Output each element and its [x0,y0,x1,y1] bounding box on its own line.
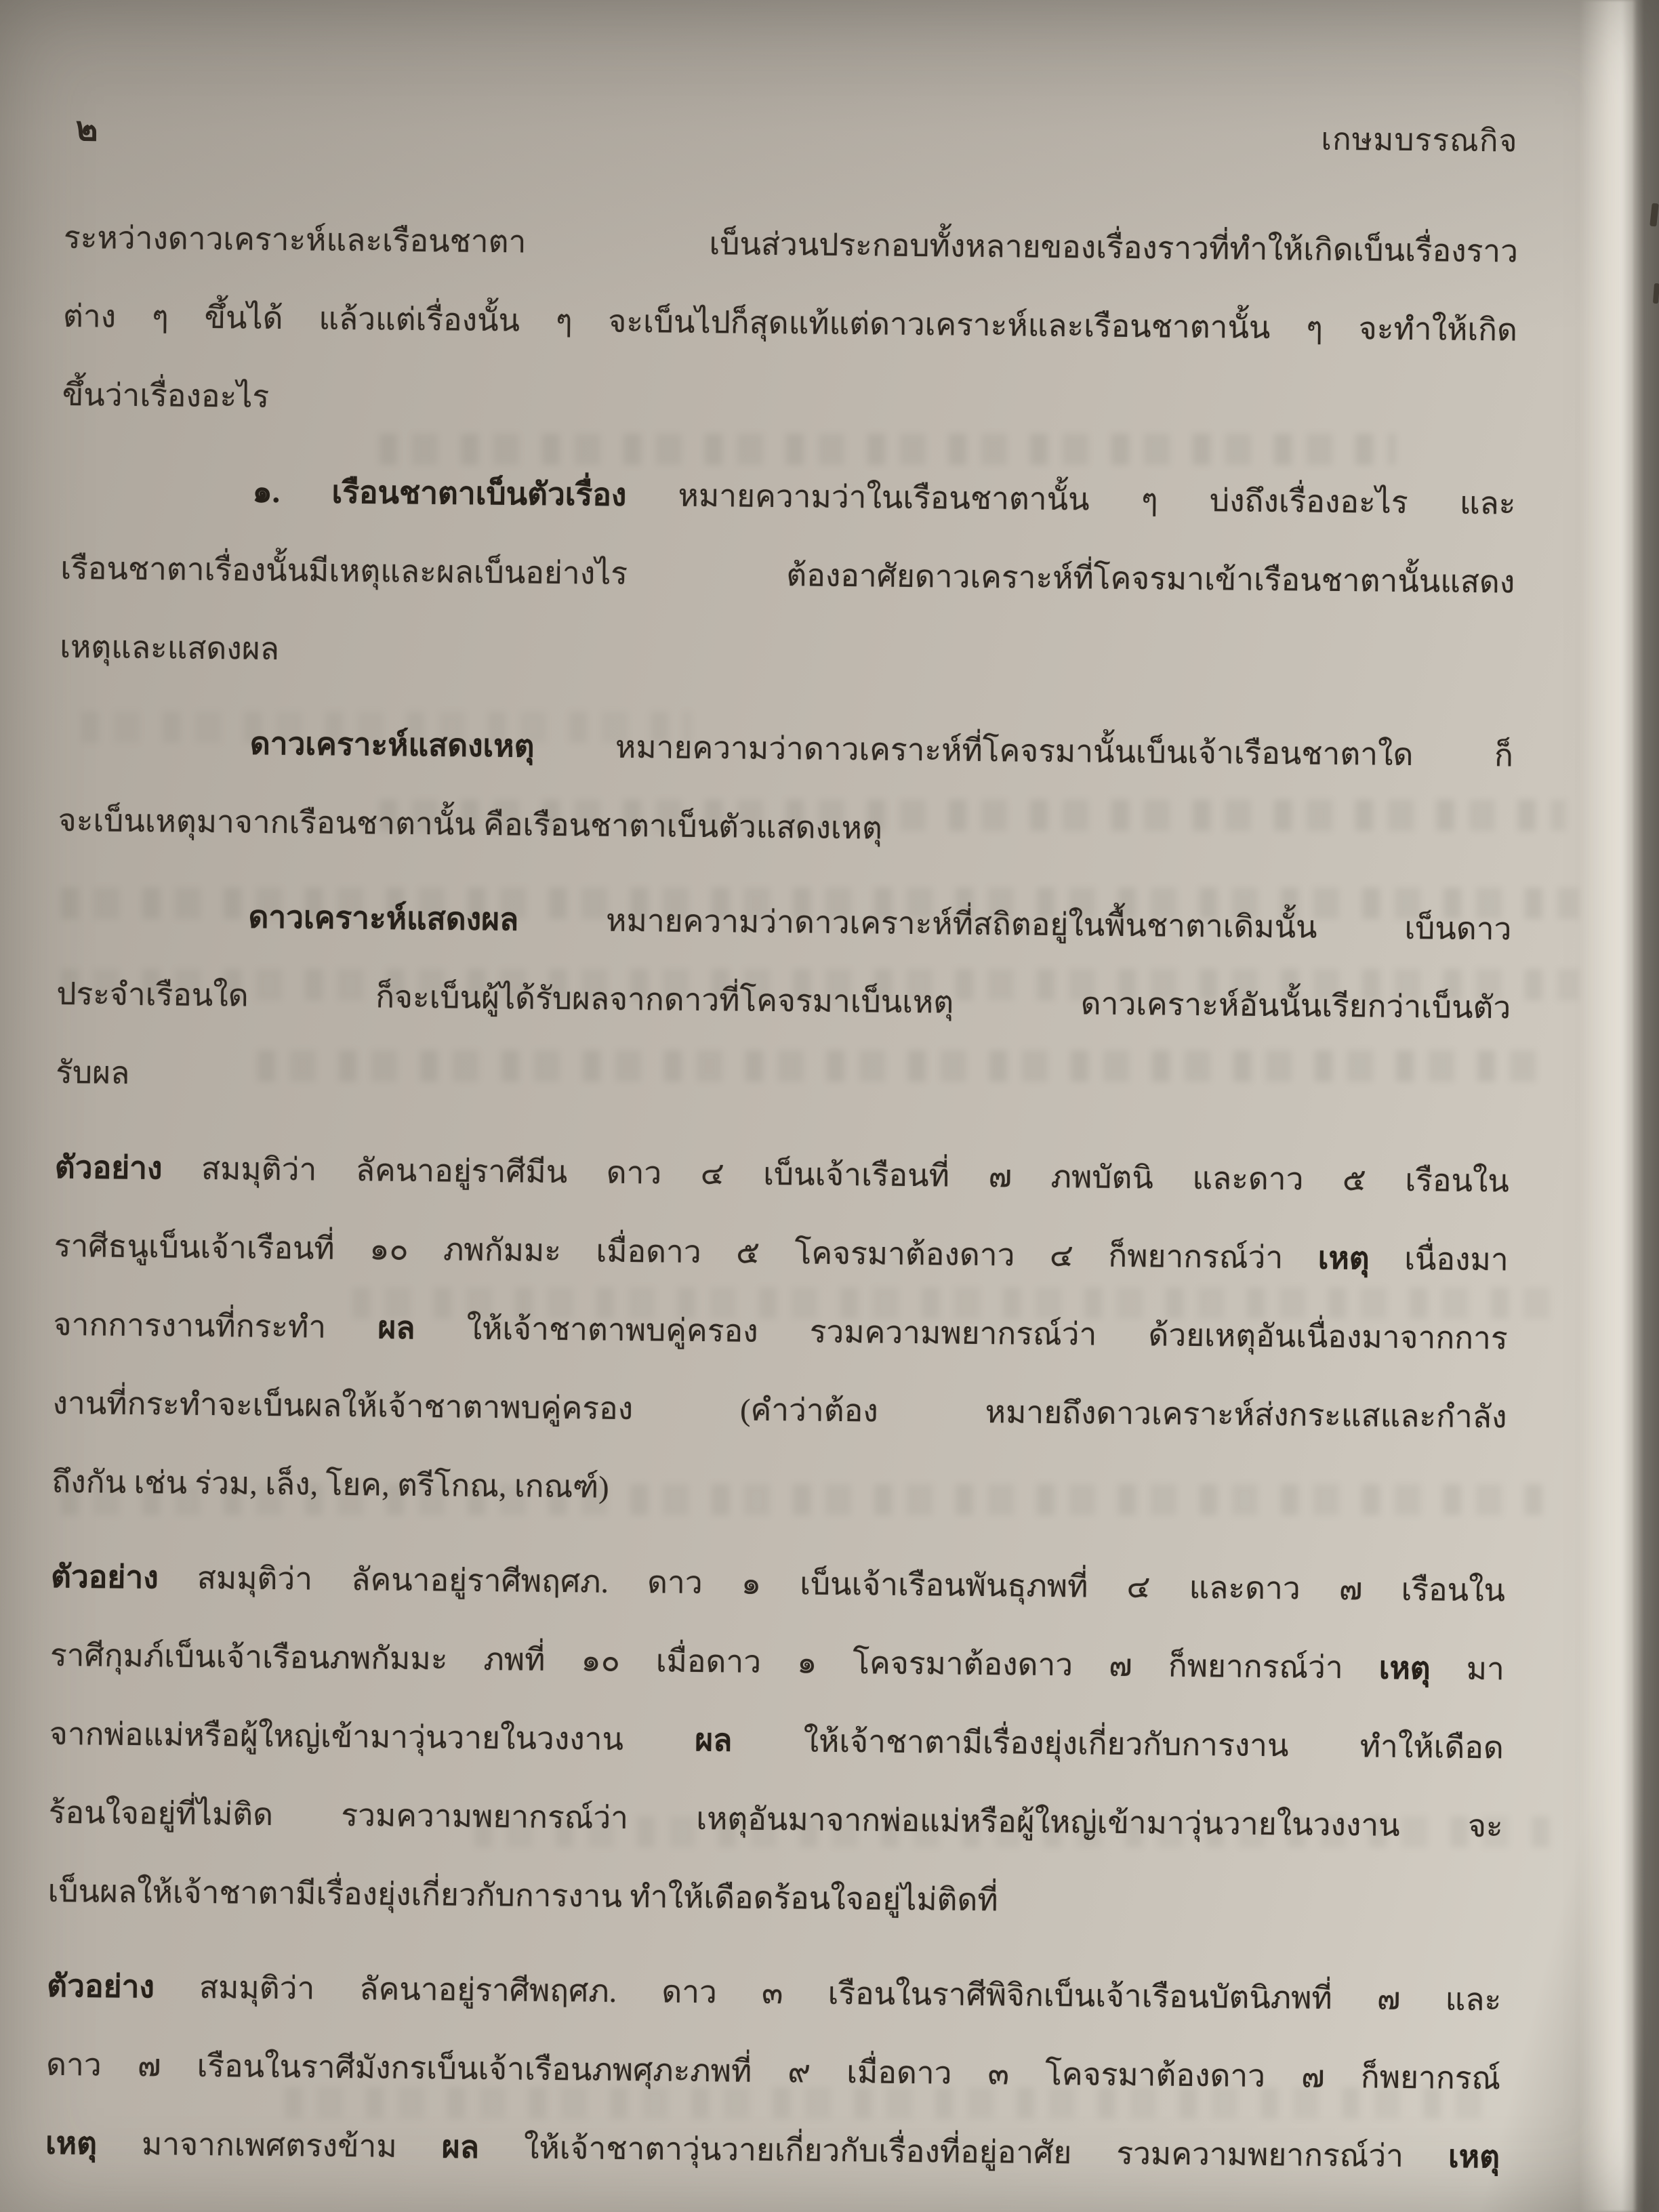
text-segment: ดาว ๗ เรือนในราศีมังกรเบ็นเจ้าเรือนภพศุภ… [46,2047,1500,2096]
text-line: จะเบ็นเหตุมาจากเรือนชาตานั้น คือเรือนชาต… [58,781,1513,874]
text-segment: งานที่กระทำจะเบ็นผลให้เจ้าชาตาพบคู่ครอง … [52,1386,1507,1435]
bold-text-segment: ดาวเคราะห์แสดงเหตุ [250,726,535,764]
text-line: ๑. เรือนชาตาเบ็นตัวเรื่อง หมายความว่าในเ… [61,451,1516,544]
text-line: รับผล [56,1033,1511,1126]
text-line: ต่าง ๆ ขึ้นได้ แล้วแต่เรื่องนั้น ๆ จะเบ็… [62,277,1517,370]
text-segment: เหตุและแสดงผล [60,630,279,666]
text-segment: สมมุติว่า ลัคนาอยู่ราศีพฤศภ. ดาว ๑ เบ็นเ… [158,1560,1505,1607]
text-segment: เรือนชาตาเรื่องนั้นมีเหตุและผลเบ็นอย่างไ… [60,551,1515,600]
bold-text-segment: ผล [377,1310,415,1345]
text-line: เบ็นผลให้เจ้าชาตามีเรื่องยุ่งเกี่ยวกับกา… [47,1852,1502,1945]
text-segment: ให้เจ้าชาตาวุ่นวายเกี่ยวกับเรื่องที่อยู่… [479,2130,1449,2174]
text-line: ตัวอย่าง สมมุติว่า ลัคนาอยู่ราศีพฤศภ. ดา… [51,1538,1506,1631]
running-header: เกษมบรรณกิจ [1321,115,1518,166]
text-segment: หมายความว่าดาวเคราะห์ที่โคจรมานั้นเบ็นเจ… [534,729,1513,773]
body-text: ระหว่างดาวเคราะห์และเรือนชาตา เบ็นส่วนปร… [0,198,1599,2198]
text-segment: รับผล [56,1055,130,1090]
text-line: ร้อนใจอยู่ที่ไม่ติด รวมความพยากรณ์ว่า เห… [48,1774,1503,1866]
text-segment: ราศีกุมภ์เบ็นเจ้าเรือนภพกัมมะ ภพที่ ๑๐ เ… [50,1638,1379,1685]
binding-shadow [1632,0,1659,2212]
text-segment: ต่าง ๆ ขึ้นได้ แล้วแต่เรื่องนั้น ๆ จะเบ็… [63,299,1517,348]
text-segment: สมมุติว่า ลัคนาอยู่ราศีมีน ดาว ๔ เบ็นเจ้… [162,1151,1509,1198]
bold-text-segment: ผล [442,2129,480,2165]
text-line: ดาวเคราะห์แสดงเหตุ หมายความว่าดาวเคราะห์… [58,703,1513,796]
bold-text-segment: เหตุ [1379,1651,1431,1686]
bold-text-segment: ตัวอย่าง [47,1969,155,2005]
text-segment: หมายความว่าดาวเคราะห์ที่สถิตอยู่ในพื้นชา… [518,902,1512,946]
facing-page-glyph-fragment [1653,283,1659,304]
text-line: ตัวอย่าง สมมุติว่า ลัคนาอยู่ราศีพฤศภ. ดา… [47,1947,1502,2040]
text-line: เหตุและแสดงผล [60,608,1515,701]
text-line: ดาว ๗ เรือนในราศีมังกรเบ็นเจ้าเรือนภพศุภ… [46,2026,1501,2118]
text-segment: ถึงกัน เช่น ร่วม, เล็ง, โยค, ตรีโกณ, เกณ… [52,1465,609,1504]
text-line: ราศีธนูเบ็นเจ้าเรือนที่ ๑๐ ภพกัมมะ เมื่อ… [54,1207,1509,1300]
bold-text-segment: ตัวอย่าง [51,1559,159,1595]
text-line: ขึ้นว่าเรื่องอะไร [62,356,1517,449]
text-segment: ระหว่างดาวเคราะห์และเรือนชาตา เบ็นส่วนปร… [64,220,1518,269]
page-header: ๒ เกษมบรรณกิจ [0,102,1599,182]
bold-text-segment: ผล [695,1723,733,1758]
text-segment: มาจากเพศตรงข้าม [97,2127,442,2165]
text-segment: ประจำเรือนใด ก็จะเบ็นผู้ได้รับผลจากดาวที… [56,977,1511,1025]
text-segment: สมมุติว่า ลัคนาอยู่ราศีพฤศภ. ดาว ๓ เรือน… [155,1969,1502,2017]
book-page-photo: ๒ เกษมบรรณกิจ ระหว่างดาวเคราะห์และเรือนช… [0,0,1659,2212]
text-segment: มา [1430,1651,1504,1686]
page-number: ๒ [75,102,98,156]
text-line: ประจำเรือนใด ก็จะเบ็นผู้ได้รับผลจากดาวที… [56,955,1511,1048]
text-line: ดาวเคราะห์แสดงผล หมายความว่าดาวเคราะห์ที… [57,876,1512,969]
text-segment: ร้อนใจอยู่ที่ไม่ติด รวมความพยากรณ์ว่า เห… [49,1795,1503,1844]
page-edge-highlight [1579,0,1636,2212]
text-line: ราศีกุมภ์เบ็นเจ้าเรือนภพกัมมะ ภพที่ ๑๐ เ… [49,1616,1504,1709]
text-segment: เนื่องมา [1369,1241,1508,1277]
bold-text-segment: เหตุ [45,2126,97,2161]
text-line: ตัวอย่าง สมมุติว่า ลัคนาอยู่ราศีมีน ดาว … [54,1128,1509,1221]
text-segment: ให้เจ้าชาตาพบคู่ครอง รวมความพยากรณ์ว่า ด… [415,1311,1508,1355]
text-line: งานที่กระทำจะเบ็นผลให้เจ้าชาตาพบคู่ครอง … [52,1364,1507,1457]
text-segment: จะเบ็นเหตุมาจากเรือนชาตานั้น คือเรือนชาต… [58,803,883,846]
bold-text-segment: เหตุ [1448,2139,1500,2175]
text-segment: หมายความว่าในเรือนชาตานั้น ๆ บ่งถึงเรื่อ… [626,478,1516,521]
text-line: จากพ่อแม่หรือผู้ใหญ่เข้ามาวุ่นวายในวงงาน… [49,1695,1504,1788]
bold-text-segment: เหตุ [1318,1241,1370,1276]
text-segment: จากพ่อแม่หรือผู้ใหญ่เข้ามาวุ่นวายในวงงาน [49,1717,695,1757]
text-segment: ราศีธนูเบ็นเจ้าเรือนที่ ๑๐ ภพกัมมะ เมื่อ… [54,1229,1318,1275]
text-line: จากการงานที่กระทำ ผล ให้เจ้าชาตาพบคู่ครอ… [53,1286,1508,1378]
text-segment: ให้เจ้าชาตามีเรื่องยุ่งเกี่ยวกับการงาน ท… [732,1723,1504,1765]
text-segment: จากการงานที่กระทำ [53,1307,377,1345]
bold-text-segment: ๑. เรือนชาตาเบ็นตัวเรื่อง [252,474,626,512]
text-line: เรือนชาตาเรื่องนั้นมีเหตุและผลเบ็นอย่างไ… [60,529,1515,622]
text-line: ถึงกัน เช่น ร่วม, เล็ง, โยค, ตรีโกณ, เกณ… [52,1443,1507,1536]
text-segment: ขึ้นว่าเรื่องอะไร [62,377,270,414]
text-segment: เบ็นผลให้เจ้าชาตามีเรื่องยุ่งเกี่ยวกับกา… [47,1874,998,1917]
bold-text-segment: ตัวอย่าง [55,1150,163,1186]
text-line: ระหว่างดาวเคราะห์และเรือนชาตา เบ็นส่วนปร… [64,199,1519,291]
bold-text-segment: ดาวเคราะห์แสดงผล [248,900,518,937]
page-content: ๒ เกษมบรรณกิจ ระหว่างดาวเคราะห์และเรือนช… [0,102,1599,2198]
text-line: เหตุ มาจากเพศตรงข้าม ผล ให้เจ้าชาตาวุ่นว… [45,2104,1500,2197]
